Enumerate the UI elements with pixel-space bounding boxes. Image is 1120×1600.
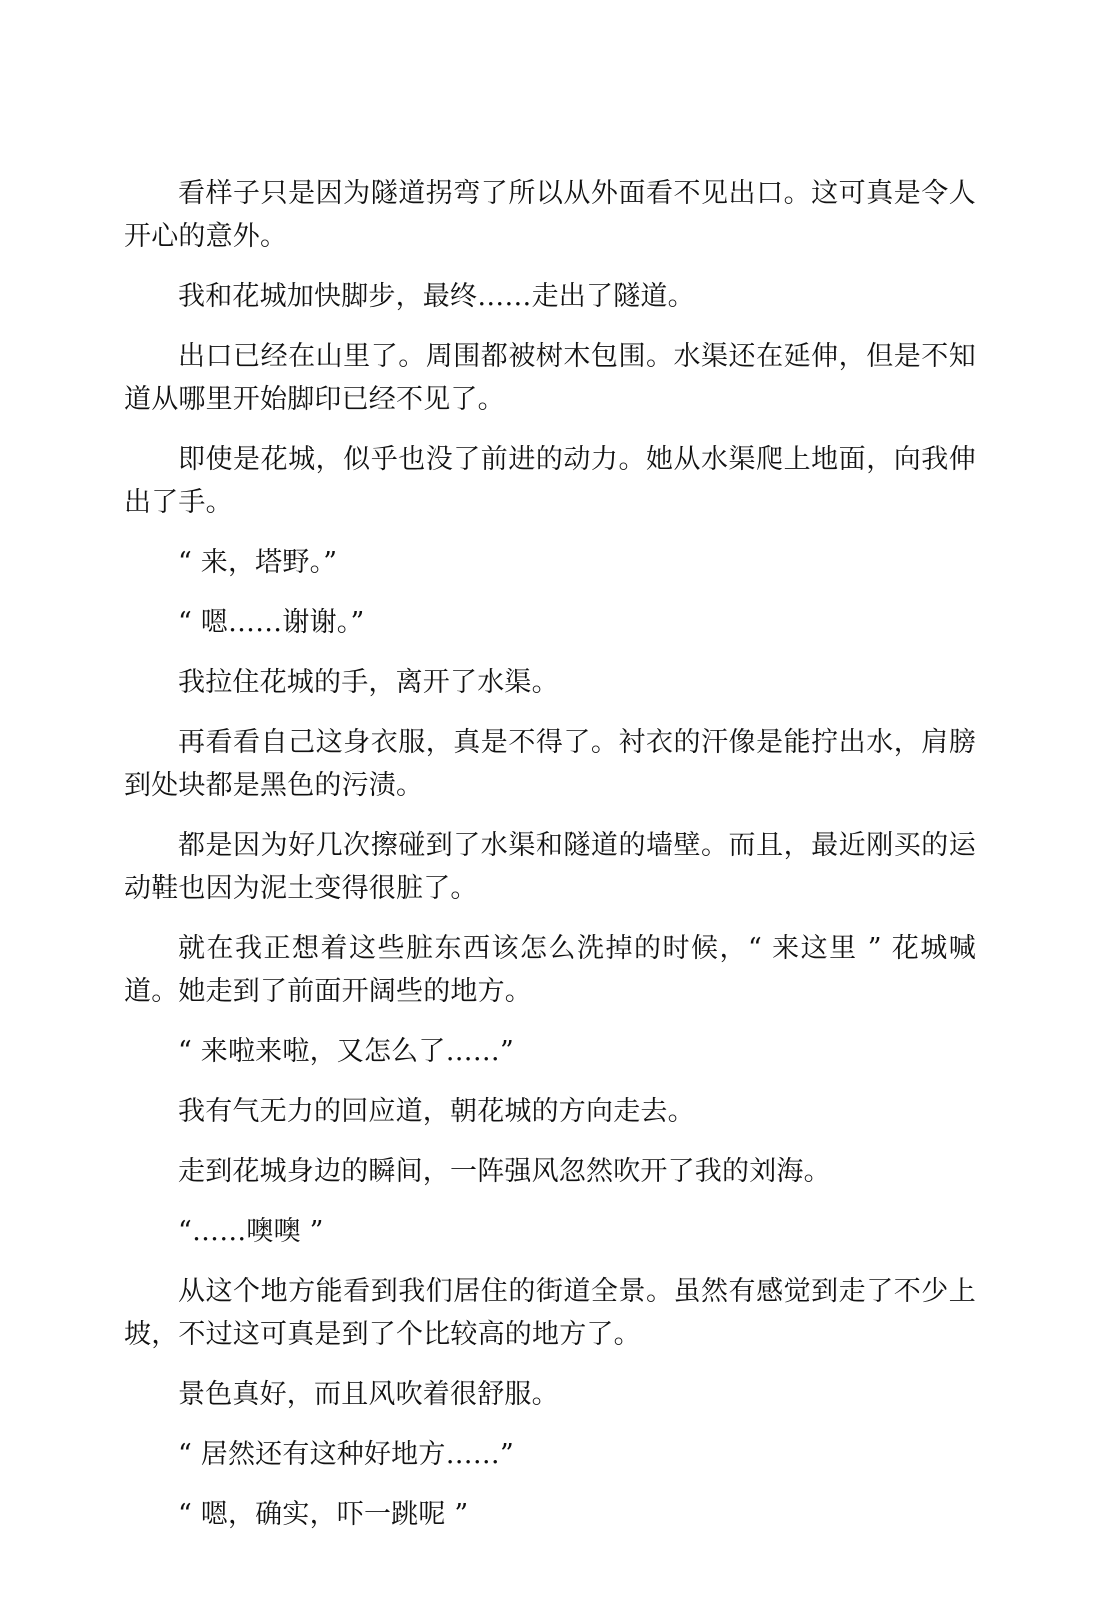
dialogue-line: “ 嗯……谢谢。”: [124, 601, 976, 644]
paragraph: 看样子只是因为隧道拐弯了所以从外面看不见出口。这可真是令人开心的意外。: [124, 172, 976, 258]
paragraph: 再看看自己这身衣服，真是不得了。衬衣的汗像是能拧出水，肩膀到处块都是黑色的污渍。: [124, 721, 976, 807]
paragraph: 出口已经在山里了。周围都被树木包围。水渠还在延伸，但是不知道从哪里开始脚印已经不…: [124, 335, 976, 421]
dialogue-line: “ 来，塔野。”: [124, 541, 976, 584]
paragraph: 我拉住花城的手，离开了水渠。: [124, 661, 976, 704]
document-page: 看样子只是因为隧道拐弯了所以从外面看不见出口。这可真是令人开心的意外。 我和花城…: [124, 172, 976, 1553]
paragraph: 就在我正想着这些脏东西该怎么洗掉的时候，“ 来这里 ” 花城喊道。她走到了前面开…: [124, 927, 976, 1013]
paragraph: 都是因为好几次擦碰到了水渠和隧道的墙壁。而且，最近刚买的运动鞋也因为泥土变得很脏…: [124, 824, 976, 910]
dialogue-line: “ 嗯，确实，吓一跳呢 ”: [124, 1493, 976, 1536]
dialogue-line: “……噢噢 ”: [124, 1210, 976, 1253]
paragraph: 我有气无力的回应道，朝花城的方向走去。: [124, 1090, 976, 1133]
dialogue-line: “ 居然还有这种好地方……”: [124, 1433, 976, 1476]
paragraph: 走到花城身边的瞬间，一阵强风忽然吹开了我的刘海。: [124, 1150, 976, 1193]
paragraph: 从这个地方能看到我们居住的街道全景。虽然有感觉到走了不少上坡，不过这可真是到了个…: [124, 1270, 976, 1356]
dialogue-line: “ 来啦来啦，又怎么了……”: [124, 1030, 976, 1073]
paragraph: 我和花城加快脚步，最终……走出了隧道。: [124, 275, 976, 318]
paragraph: 景色真好，而且风吹着很舒服。: [124, 1373, 976, 1416]
paragraph: 即使是花城，似乎也没了前进的动力。她从水渠爬上地面，向我伸出了手。: [124, 438, 976, 524]
